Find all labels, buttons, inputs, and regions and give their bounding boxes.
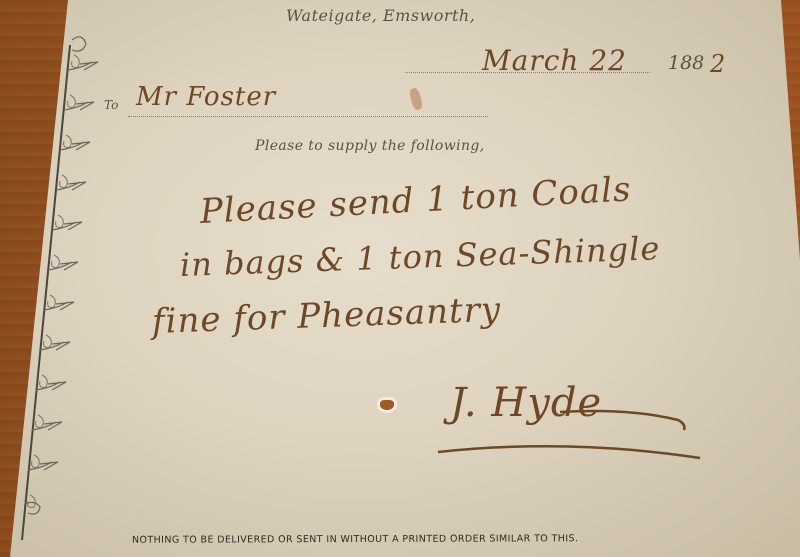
- printed-footer-notice: NOTHING TO BE DELIVERED OR SENT IN WITHO…: [132, 533, 578, 546]
- signature-flourish-icon: [0, 0, 800, 557]
- paper-sheet: Wateigate, Emsworth, March 22 188 2 To M…: [0, 0, 800, 557]
